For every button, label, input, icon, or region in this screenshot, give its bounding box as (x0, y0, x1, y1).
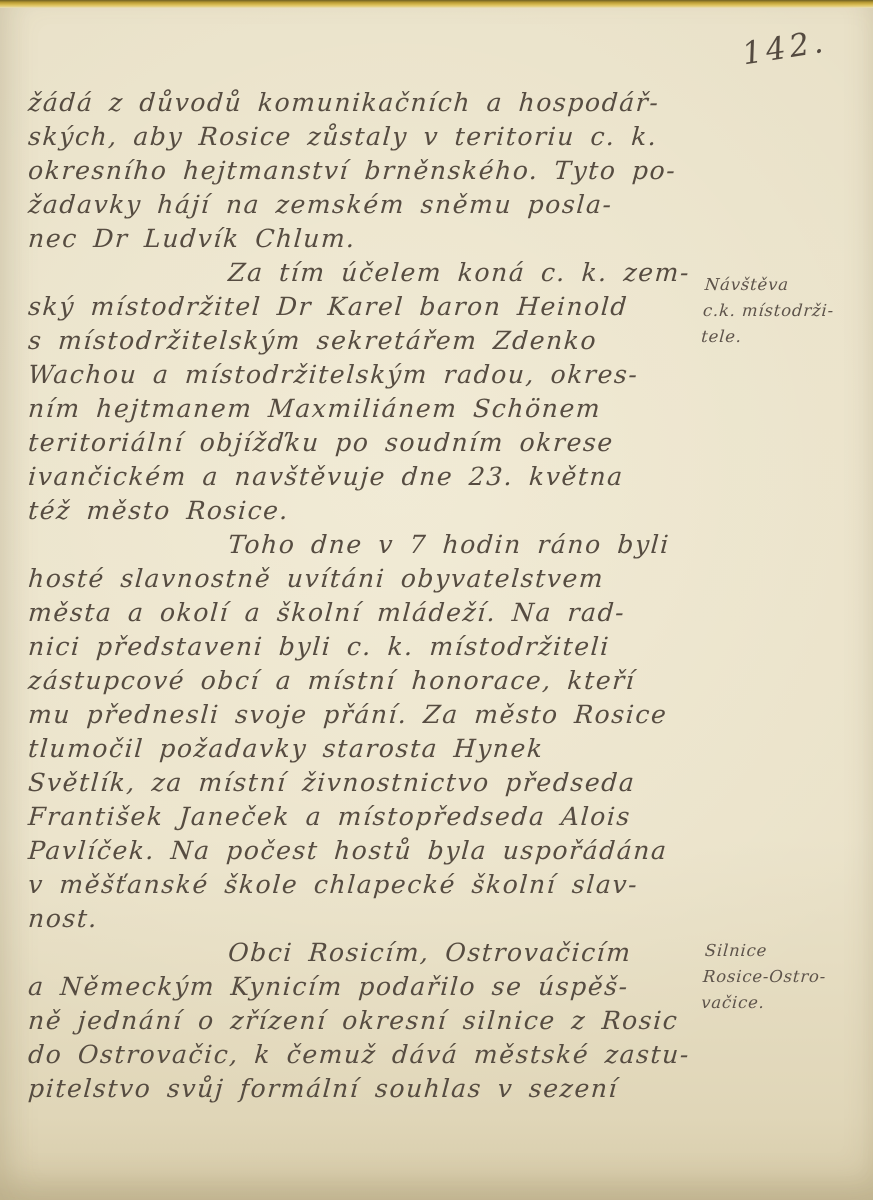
text-line-paragraph-start: Obci Rosicím, Ostrovačicím (27, 936, 709, 970)
text-line: okresního hejtmanství brněnského. Tyto p… (27, 154, 709, 188)
text-line: hosté slavnostně uvítáni obyvatelstvem (27, 562, 709, 596)
margin-note-line: vačice. (700, 990, 867, 1016)
text-line: ivančickém a navštěvuje dne 23. května (27, 460, 709, 494)
text-line: města a okolí a školní mládeží. Na rad- (27, 596, 709, 630)
text-line: v měšťanské škole chlapecké školní slav- (27, 868, 709, 902)
page-top-edge (0, 0, 873, 8)
margin-note-line: Návštěva (704, 272, 871, 298)
text-line: tlumočil požadavky starosta Hynek (27, 732, 709, 766)
text-line: do Ostrovačic, k čemuž dává městské zast… (27, 1038, 709, 1072)
text-line: nici představeni byli c. k. místodržitel… (27, 630, 709, 664)
margin-note-road: Silnice Rosice-Ostro- vačice. (700, 938, 870, 1016)
main-text-column: žádá z důvodů komunikačních a hospodář- … (27, 86, 707, 1106)
margin-note-line: Silnice (704, 938, 871, 964)
text-line: též město Rosice. (27, 494, 709, 528)
margin-note-governor-visit: Návštěva c.k. místodrži- tele. (700, 272, 870, 350)
margin-note-line: c.k. místodrži- (702, 298, 869, 324)
text-line-paragraph-start: Toho dne v 7 hodin ráno byli (27, 528, 709, 562)
text-line-paragraph-start: Za tím účelem koná c. k. zem- (27, 256, 709, 290)
text-line: s místodržitelským sekretářem Zdenko (27, 324, 709, 358)
text-line: František Janeček a místopředseda Alois (27, 800, 709, 834)
text-line: Světlík, za místní živnostnictvo předsed… (27, 766, 709, 800)
page-number: 142. (740, 24, 830, 73)
text-line: žádá z důvodů komunikačních a hospodář- (27, 86, 709, 120)
margin-note-line: tele. (700, 324, 867, 350)
text-line: mu přednesli svoje přání. Za město Rosic… (27, 698, 709, 732)
text-line: ských, aby Rosice zůstaly v teritoriu c.… (27, 120, 709, 154)
text-line: pitelstvo svůj formální souhlas v sezení (27, 1072, 709, 1106)
text-line: nec Dr Ludvík Chlum. (27, 222, 709, 256)
text-line: nost. (27, 902, 709, 936)
text-line: ním hejtmanem Maxmiliánem Schönem (27, 392, 709, 426)
text-line: teritoriální objížďku po soudním okrese (27, 426, 709, 460)
text-line: Pavlíček. Na počest hostů byla uspořádán… (27, 834, 709, 868)
text-line: zástupcové obcí a místní honorace, kteří (27, 664, 709, 698)
margin-note-line: Rosice-Ostro- (702, 964, 869, 990)
text-line: ně jednání o zřízení okresní silnice z R… (27, 1004, 709, 1038)
text-line: žadavky hájí na zemském sněmu posla- (27, 188, 709, 222)
text-line: Wachou a místodržitelským radou, okres- (27, 358, 709, 392)
text-line: a Německým Kynicím podařilo se úspěš- (27, 970, 709, 1004)
manuscript-page: 142. žádá z důvodů komunikačních a hospo… (0, 0, 873, 1200)
text-line: ský místodržitel Dr Karel baron Heinold (27, 290, 709, 324)
